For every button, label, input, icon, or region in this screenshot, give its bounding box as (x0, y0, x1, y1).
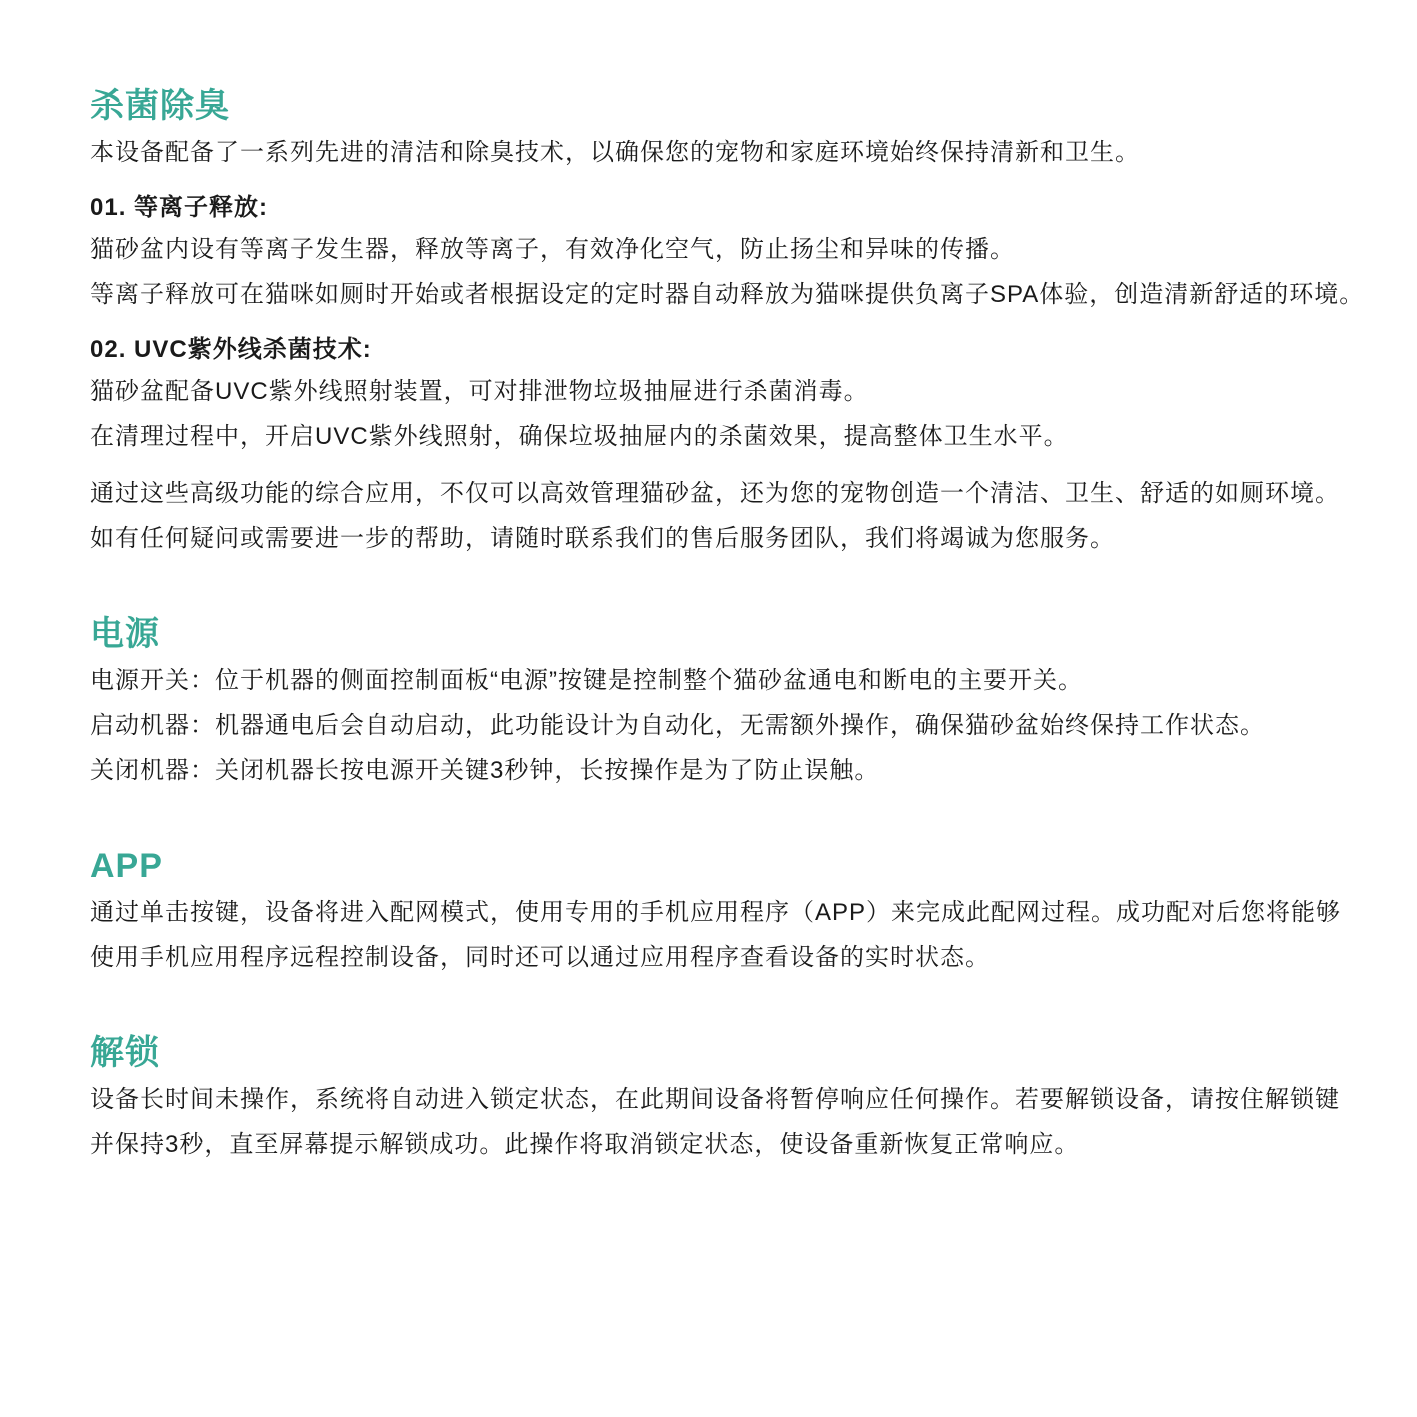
paragraph-line: 在清理过程中，开启UVC紫外线照射，确保垃圾抽屉内的杀菌效果，提高整体卫生水平。 (90, 422, 1329, 452)
intro-paragraph: 本设备配备了一系列先进的清洁和除臭技术，以确保您的宠物和家庭环境始终保持清新和卫… (90, 138, 1329, 168)
paragraph-line: 等离子释放可在猫咪如厕时开始或者根据设定的定时器自动释放为猫咪提供负离子SPA体… (90, 280, 1329, 310)
paragraph-line: 猫砂盆内设有等离子发生器，释放等离子，有效净化空气，防止扬尘和异味的传播。 (90, 235, 1329, 265)
section-title-sterilize-deodorize: 杀菌除臭 (90, 86, 1329, 126)
paragraph-line: 电源开关：位于机器的侧面控制面板“电源”按键是控制整个猫砂盆通电和断电的主要开关… (90, 666, 1329, 696)
paragraph-line: 如有任何疑问或需要进一步的帮助，请随时联系我们的售后服务团队，我们将竭诚为您服务… (90, 524, 1329, 554)
paragraph-line: 设备长时间未操作，系统将自动进入锁定状态，在此期间设备将暂停响应任何操作。若要解… (90, 1085, 1329, 1115)
paragraph-line: 启动机器：机器通电后会自动启动，此功能设计为自动化，无需额外操作，确保猫砂盆始终… (90, 711, 1329, 741)
paragraph-line: 并保持3秒，直至屏幕提示解锁成功。此操作将取消锁定状态，使设备重新恢复正常响应。 (90, 1130, 1329, 1160)
manual-page: 杀菌除臭 本设备配备了一系列先进的清洁和除臭技术，以确保您的宠物和家庭环境始终保… (0, 0, 1417, 1417)
section-sterilize-deodorize: 杀菌除臭 本设备配备了一系列先进的清洁和除臭技术，以确保您的宠物和家庭环境始终保… (90, 86, 1329, 554)
subsection-heading-plasma: 01. 等离子释放: (90, 193, 1329, 223)
subsection-heading-uvc: 02. UVC紫外线杀菌技术: (90, 335, 1329, 365)
section-app: APP 通过单击按键，设备将进入配网模式，使用专用的手机应用程序（APP）来完成… (90, 846, 1329, 973)
paragraph-line: 通过单击按键，设备将进入配网模式，使用专用的手机应用程序（APP）来完成此配网过… (90, 898, 1329, 928)
paragraph-line: 使用手机应用程序远程控制设备，同时还可以通过应用程序查看设备的实时状态。 (90, 943, 1329, 973)
section-title-app: APP (90, 846, 1329, 886)
section-power: 电源 电源开关：位于机器的侧面控制面板“电源”按键是控制整个猫砂盆通电和断电的主… (90, 614, 1329, 786)
paragraph-line: 关闭机器：关闭机器长按电源开关键3秒钟，长按操作是为了防止误触。 (90, 756, 1329, 786)
closing-paragraph: 通过这些高级功能的综合应用，不仅可以高效管理猫砂盆，还为您的宠物创造一个清洁、卫… (90, 479, 1329, 554)
section-unlock: 解锁 设备长时间未操作，系统将自动进入锁定状态，在此期间设备将暂停响应任何操作。… (90, 1033, 1329, 1160)
section-title-unlock: 解锁 (90, 1033, 1329, 1073)
section-title-power: 电源 (90, 614, 1329, 654)
paragraph-line: 通过这些高级功能的综合应用，不仅可以高效管理猫砂盆，还为您的宠物创造一个清洁、卫… (90, 479, 1329, 509)
paragraph-line: 猫砂盆配备UVC紫外线照射装置，可对排泄物垃圾抽屉进行杀菌消毒。 (90, 377, 1329, 407)
